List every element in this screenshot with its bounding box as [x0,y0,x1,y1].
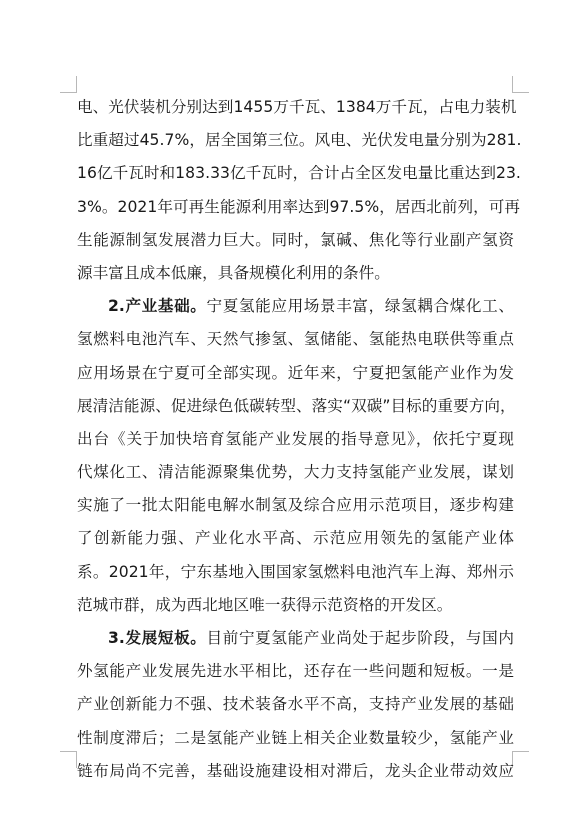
text-run: 目前宁夏氢能产业尚处于起步阶段，与国内 [207,629,515,647]
text-line: 3.发展短板。目前宁夏氢能产业尚处于起步阶段，与国内 [77,622,514,655]
text-line: 应用场景在宁夏可全部实现。近年来，宁夏把氢能产业作为发 [77,357,514,390]
margin-corner-top-left [60,76,77,93]
text-line: 实施了一批太阳能电解水制氢及综合应用示范项目，逐步构建 [77,489,514,522]
paragraph-renewable-energy: 电、光伏装机分别达到1455万千瓦、1384万千瓦，占电力装机 比重超过45.7… [77,91,514,290]
text-line: 电、光伏装机分别达到1455万千瓦、1384万千瓦，占电力装机 [77,91,514,124]
text-line: 16亿千瓦时和183.33亿千瓦时，合计占全区发电量比重达到23. [77,157,514,190]
text-line: 系。2021年，宁东基地入围国家氢燃料电池汽车上海、郑州示 [77,556,514,589]
paragraph-industry-foundation: 2.产业基础。宁夏氢能应用场景丰富，绿氢耦合煤化工、 氢燃料电池汽车、天然气掺氢… [77,290,514,622]
text-line: 代煤化工、清洁能源聚集优势，大力支持氢能产业发展，谋划 [77,456,514,489]
text-line: 链布局尚不完善，基础设施建设相对滞后，龙头企业带动效应 [77,755,514,788]
text-line: 产业创新能力不强、技术装备水平不高，支持产业发展的基础 [77,688,514,721]
text-line: 源丰富且成本低廉，具备规模化利用的条件。 [77,257,514,290]
text-line: 范城市群，成为西北地区唯一获得示范资格的开发区。 [77,589,514,622]
text-line: 展清洁能源、促进绿色低碳转型、落实“双碳”目标的重要方向， [77,390,514,423]
document-body: 电、光伏装机分别达到1455万千瓦、1384万千瓦，占电力装机 比重超过45.7… [77,91,514,788]
text-line: 氢燃料电池汽车、天然气掺氢、氢储能、氢能热电联供等重点 [77,323,514,356]
text-line: 外氢能产业发展先进水平相比，还存在一些问题和短板。一是 [77,655,514,688]
section-heading: 3.发展短板。 [108,629,207,647]
text-line: 2.产业基础。宁夏氢能应用场景丰富，绿氢耦合煤化工、 [77,290,514,323]
text-line: 3%。2021年可再生能源利用率达到97.5%，居西北前列，可再 [77,191,514,224]
document-page: 电、光伏装机分别达到1455万千瓦、1384万千瓦，占电力装机 比重超过45.7… [0,0,583,827]
margin-corner-top-right [512,76,529,93]
text-line: 出台《关于加快培育氢能产业发展的指导意见》，依托宁夏现 [77,423,514,456]
text-line: 比重超过45.7%，居全国第三位。风电、光伏发电量分别为281. [77,124,514,157]
text-line: 生能源制氢发展潜力巨大。同时，氯碱、焦化等行业副产氢资 [77,224,514,257]
margin-corner-bottom-right [512,751,529,768]
margin-corner-bottom-left [60,751,77,768]
section-heading: 2.产业基础。 [108,297,207,315]
text-line: 性制度滞后；二是氢能产业链上相关企业数量较少，氢能产业 [77,722,514,755]
text-line: 了创新能力强、产业化水平高、示范应用领先的氢能产业体 [77,522,514,555]
text-run: 宁夏氢能应用场景丰富，绿氢耦合煤化工、 [207,297,515,315]
paragraph-development-shortcomings: 3.发展短板。目前宁夏氢能产业尚处于起步阶段，与国内 外氢能产业发展先进水平相比… [77,622,514,788]
